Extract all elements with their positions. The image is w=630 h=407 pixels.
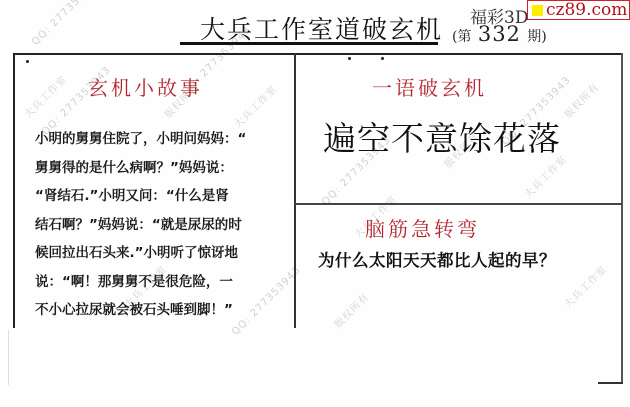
hint-section-title: 一语破玄机 — [372, 72, 487, 101]
frame-border-right — [621, 53, 623, 383]
faint-rule — [8, 330, 9, 385]
story-line: “肾结石.”小明又问：“什么是肾 — [35, 182, 287, 211]
site-badge-text: cz89.com — [546, 1, 627, 19]
story-line: 小明的舅舅住院了，小明问妈妈：“ — [35, 125, 287, 154]
title-underline — [180, 42, 438, 45]
story-section-title: 玄机小故事 — [88, 72, 203, 101]
watermark-text: 大兵工作室 — [20, 71, 69, 120]
watermark-text: QQ: 277353943 — [30, 0, 103, 48]
yellow-square-icon — [532, 5, 543, 16]
story-line: 说：“啊！那舅舅不是很危险，一 — [35, 268, 287, 297]
story-line: 候回拉出石头来.”小明听了惊讶地 — [35, 239, 287, 268]
issue-prefix: (第 — [452, 29, 471, 45]
frame-divider-horizontal — [295, 203, 622, 205]
speck — [348, 57, 351, 60]
watermark-text: 版权所有 — [560, 79, 602, 121]
story-text: 小明的舅舅住院了，小明问妈妈：“ 舅舅得的是什么病啊？”妈妈说： “肾结石.”小… — [35, 125, 287, 325]
riddle-section-title: 脑筋急转弯 — [365, 213, 480, 242]
watermark-text: 大兵工作室 — [230, 81, 279, 130]
riddle-question: 为什么太阳天天都比人起的早？ — [318, 247, 556, 271]
watermark-text: 版权所有 — [330, 289, 372, 331]
watermark-text: 大兵工作室 — [560, 261, 609, 310]
page-title: 大兵工作室道破玄机 — [200, 10, 443, 46]
issue-value: 332 — [478, 22, 521, 46]
frame-border-top — [14, 53, 623, 55]
site-badge[interactable]: cz89.com — [527, 0, 630, 20]
speck — [381, 57, 384, 60]
frame-corner-bottom — [598, 382, 623, 384]
story-line: 结石啊？”妈妈说：“就是尿尿的时 — [35, 211, 287, 240]
issue-number: (第 332 期) — [452, 22, 547, 46]
story-line: 舅舅得的是什么病啊？”妈妈说： — [35, 154, 287, 183]
speck — [26, 60, 29, 63]
hint-phrase: 遍空不意馀花落 — [323, 113, 561, 160]
issue-suffix: 期) — [527, 29, 546, 45]
frame-divider-vertical — [294, 53, 296, 328]
lottery-hint-sheet: 大兵工作室 QQ: 277353943 版权所有 QQ: 277353943 大… — [0, 0, 630, 407]
frame-border-left — [13, 53, 15, 328]
story-line: 不小心拉尿就会被石头唾到脚！” — [35, 296, 287, 325]
